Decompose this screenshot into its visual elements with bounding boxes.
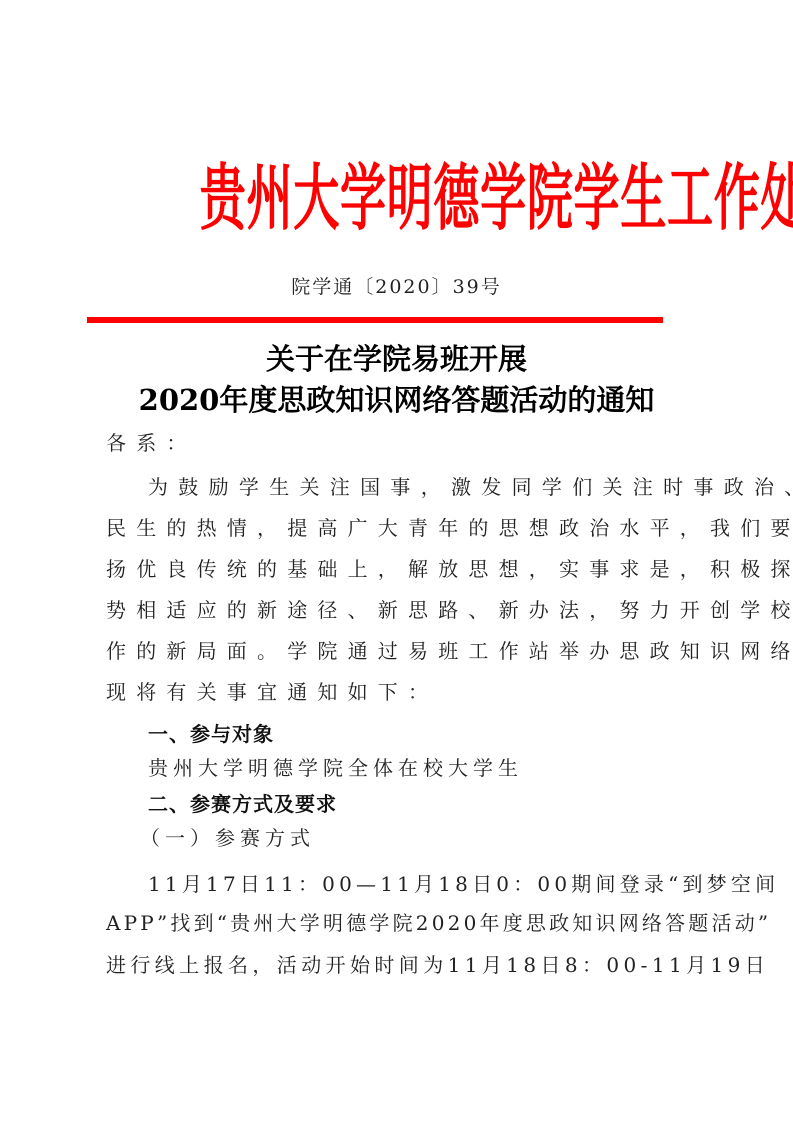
document-page: 贵州大学明德学院学生工作处文件 院学通〔2020〕39号 关于在学院易班开展 2… — [0, 0, 793, 1122]
masthead-title: 贵州大学明德学院学生工作处文件 — [200, 148, 590, 248]
notice-title-line-1: 关于在学院易班开展 — [0, 339, 793, 379]
intro-line-4: 势相适应的新途径、新思路、新办法，努力开创学校思想政治工 — [106, 595, 706, 625]
notice-title-line-2: 2020年度思政知识网络答题活动的通知 — [0, 380, 793, 420]
red-divider-rule — [87, 317, 663, 323]
intro-line-6: 现将有关事宜通知如下： — [106, 677, 706, 707]
section-2-subheading: （一）参赛方式 — [140, 823, 740, 853]
document-number: 院学通〔2020〕39号 — [0, 272, 793, 299]
intro-line-3: 扬优良传统的基础上，解放思想，实事求是，积极探索与新的形 — [106, 554, 706, 584]
intro-line-2: 民生的热情，提高广大青年的思想政治水平，我们要在继承和发 — [106, 513, 706, 543]
section-2-body-line-3: 进行线上报名，活动开始时间为11月18日8：00-11月19日 — [106, 950, 706, 980]
section-2-body-line-1: 11月17日11：00—11月18日0：00期间登录“到梦空间 — [148, 869, 748, 899]
intro-line-5: 作的新局面。学院通过易班工作站举办思政知识网络答题活动。 — [106, 636, 706, 666]
section-1-body: 贵州大学明德学院全体在校大学生 — [148, 753, 748, 783]
salutation: 各系： — [106, 428, 706, 458]
intro-line-1: 为鼓励学生关注国事，激发同学们关注时事政治、关注国计 — [148, 472, 748, 502]
section-2-heading: 二、参赛方式及要求 — [148, 789, 337, 819]
section-1-heading: 一、参与对象 — [148, 719, 274, 749]
section-2-body-line-2: APP”找到“贵州大学明德学院2020年度思政知识网络答题活动” — [106, 908, 706, 938]
